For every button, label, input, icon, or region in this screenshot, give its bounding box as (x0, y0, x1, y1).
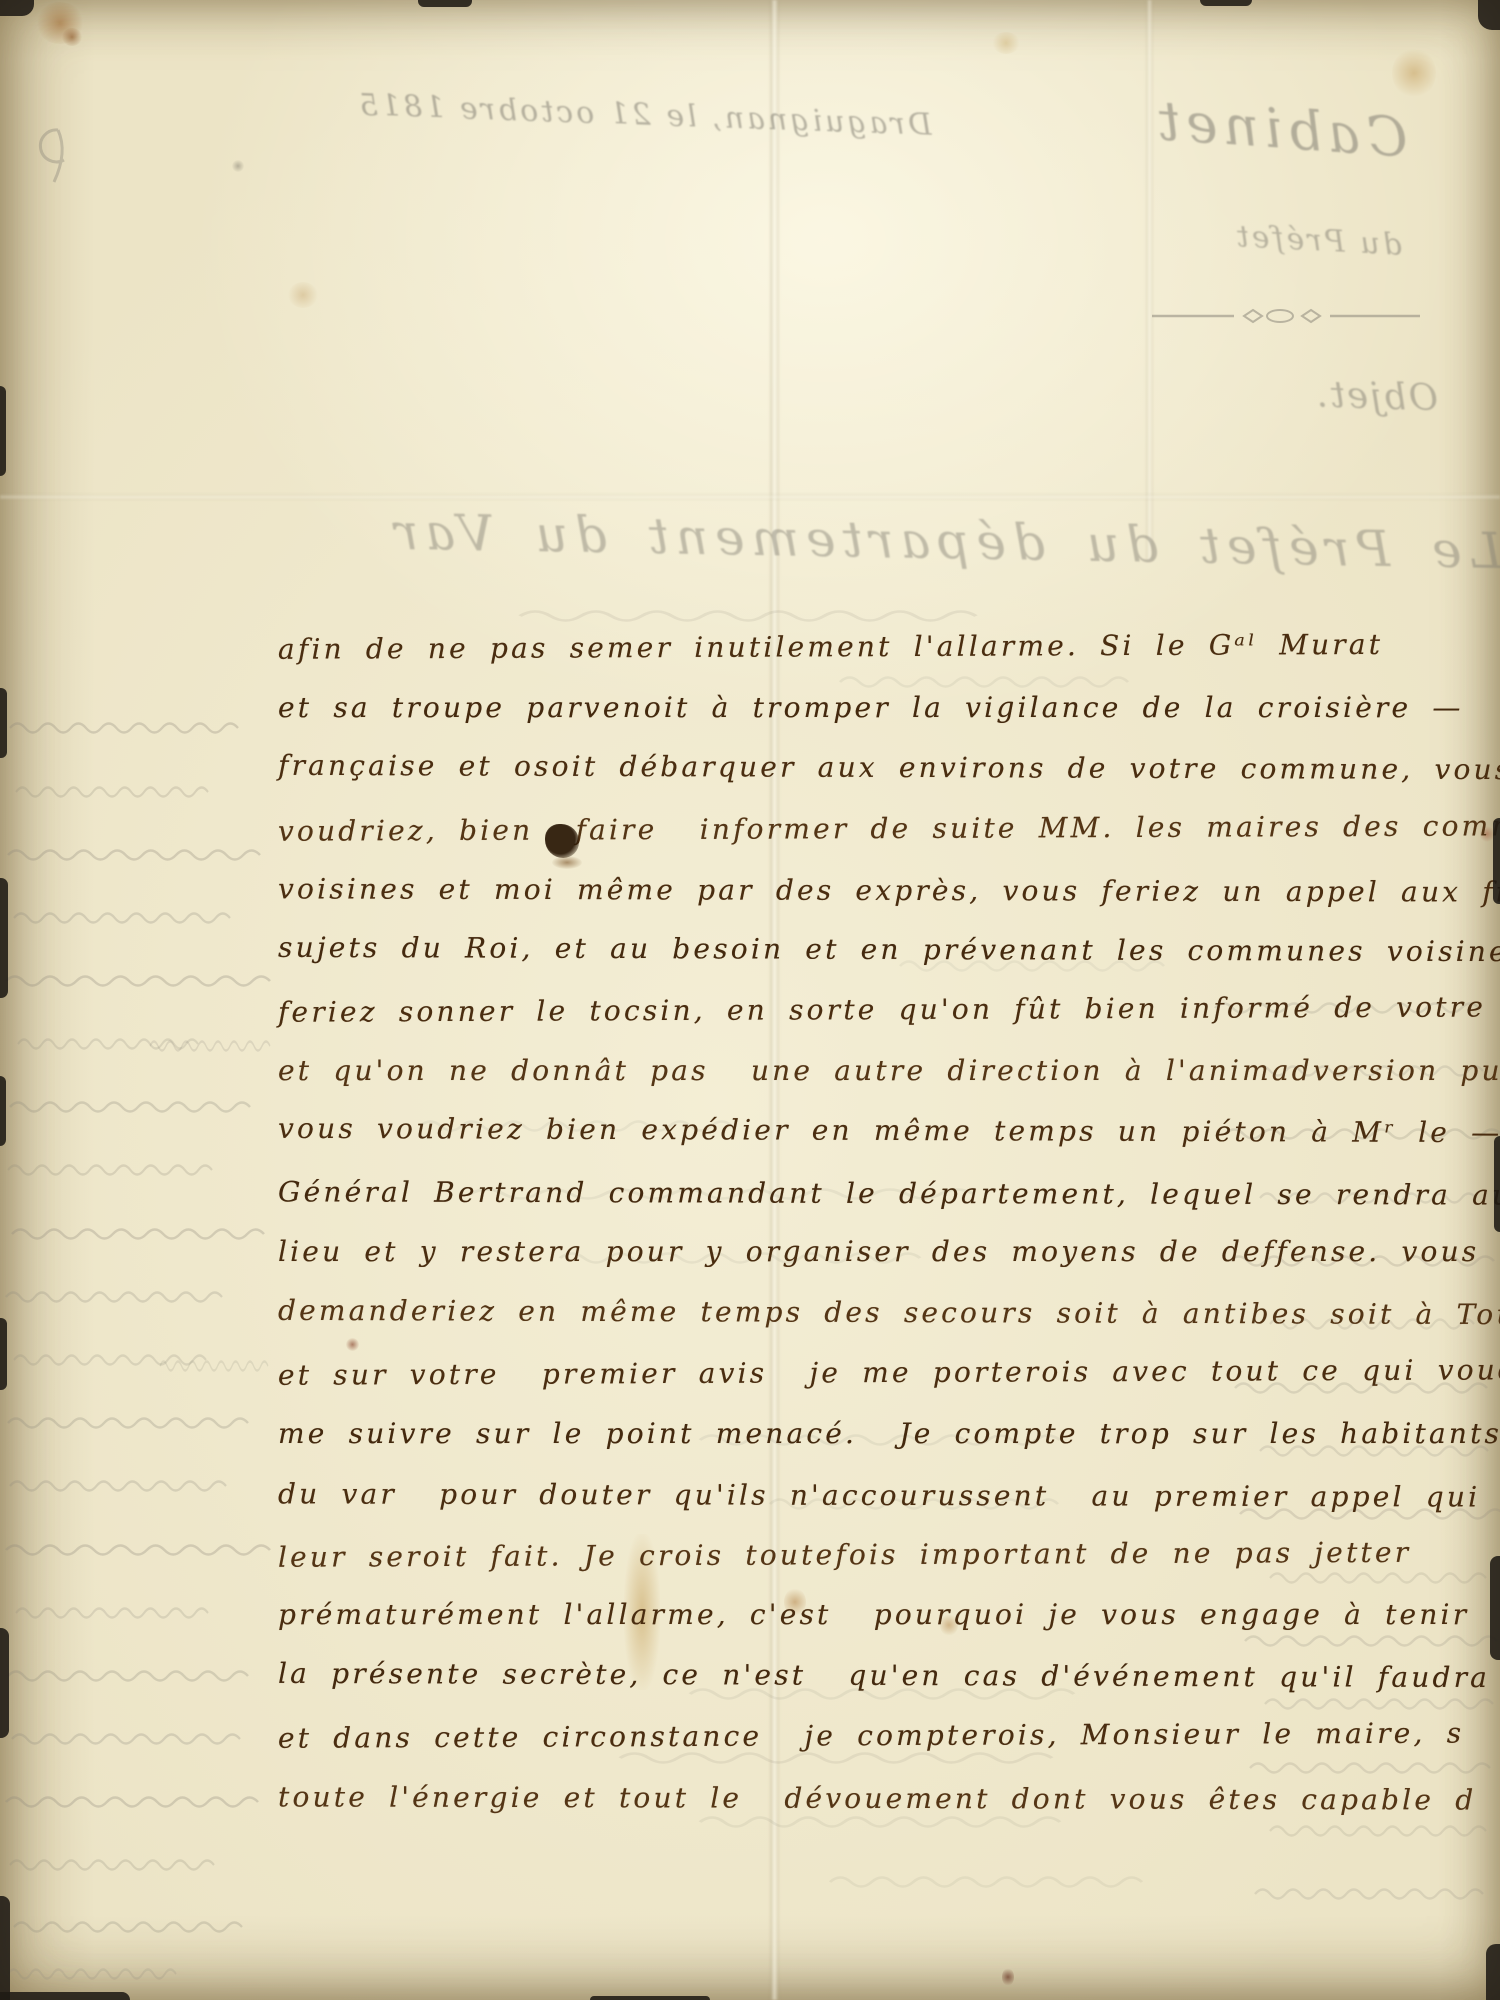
letter-line: la présente secrète, ce n'est qu'en cas … (278, 1656, 1500, 1721)
letter-line: me suivre sur le point menacé. Je compte… (278, 1417, 1500, 1478)
letter-line: lieu et y restera pour y organiser des m… (278, 1235, 1500, 1296)
letter-line: voudriez, bien faire informer de suite M… (278, 809, 1500, 875)
letter-line: et sa troupe parvenoit à tromper la vigi… (278, 691, 1500, 752)
letter-line: afin de ne pas semer inutilement l'allar… (278, 627, 1500, 693)
letter-line: française et osoit débarquer aux environ… (278, 749, 1500, 814)
letter-line: toute l'énergie et tout le dévouement do… (278, 1780, 1500, 1844)
letter-line: et qu'on ne donnât pas une autre directi… (278, 1054, 1500, 1115)
letter-line: et dans cette circonstance je compterois… (278, 1716, 1500, 1782)
letter-line: sujets du Roi, et au besoin et en préven… (278, 930, 1500, 995)
letter-line: voisines et moi même par des exprès, vou… (278, 872, 1500, 936)
letter-line: et sur votre premier avis je me porteroi… (278, 1353, 1500, 1419)
letter-line: Général Bertrand commandant le départeme… (278, 1175, 1500, 1239)
letter-line: du var pour douter qu'ils n'accourussent… (278, 1477, 1500, 1541)
letter-line: feriez sonner le tocsin, en sorte qu'on … (278, 990, 1500, 1056)
letter-line: demanderiez en même temps des secours so… (278, 1293, 1500, 1358)
letter-line: leur seroit fait. Je crois toutefois imp… (278, 1535, 1500, 1601)
scanned-letter-page: Draguignan, le 21 octobre 1815 Cabinet d… (0, 0, 1500, 2000)
letter-line: prématurément l'allarme, c'est pourquoi … (278, 1598, 1500, 1659)
letter-body: afin de ne pas semer inutilement l'allar… (278, 630, 1500, 1840)
letter-line: vous voudriez bien expédier en même temp… (278, 1112, 1500, 1177)
